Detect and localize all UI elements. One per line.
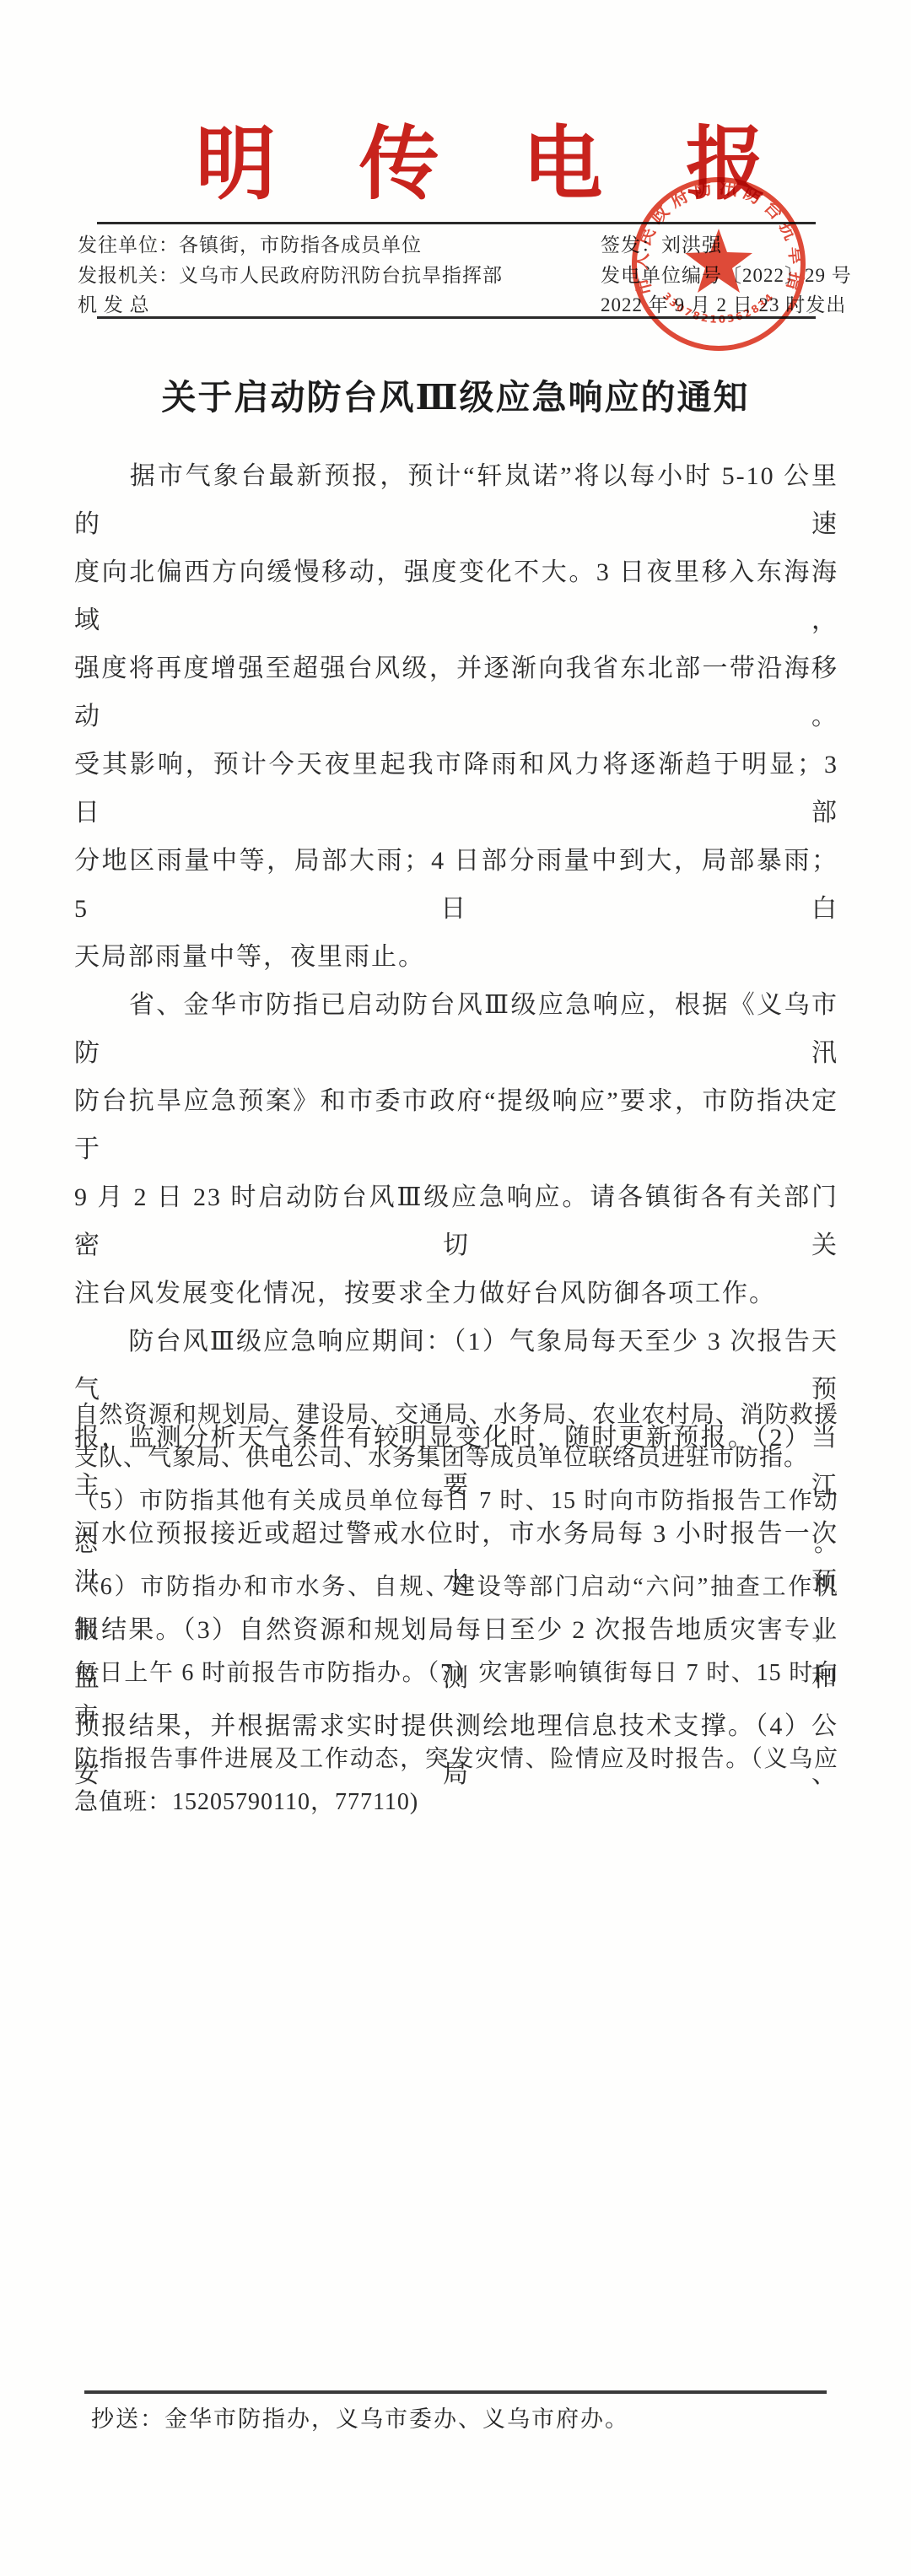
cc-line: 抄送：金华市防指办，义乌市委办、义乌市府办。 bbox=[91, 2401, 629, 2433]
masthead-title-char: 传 bbox=[359, 123, 439, 207]
body-line: 强度将再度增强至超强台风级，并逐渐向我省东北部一带沿海移动。 bbox=[74, 644, 838, 741]
body-line: 自然资源和规划局、建设局、交通局、水务局、农业农村局、消防救援 bbox=[74, 1393, 838, 1436]
body-line: 每日上午 6 时前报告市防指办。（7）灾害影响镇街每日 7 时、15 时向市 bbox=[74, 1652, 838, 1738]
body-line: 省、金华市防指已启动防台风Ⅲ级应急响应，根据《义乌市防汛 bbox=[74, 981, 838, 1077]
official-seal: 义乌市人民政府防汛防台抗旱指挥部 33078210362834 bbox=[624, 169, 818, 363]
footer-rule bbox=[84, 2390, 827, 2394]
body-line: （6）市防指办和市水务、自规、建设等部门启动“六问”抽查工作机制， bbox=[74, 1566, 838, 1652]
masthead-title-char: 电 bbox=[522, 123, 602, 207]
body-line: 急值班：15205790110，777110) bbox=[74, 1781, 838, 1824]
header-field: 发往单位：各镇街，市防指各成员单位 bbox=[78, 230, 503, 261]
seal-code-text: 33078210362834 bbox=[660, 290, 777, 326]
body-line: 分地区雨量中等，局部大雨；4 日部分雨量中到大，局部暴雨；5 日白 bbox=[74, 837, 838, 933]
header-field: 机 发 总 bbox=[78, 290, 503, 321]
body-line: 防台抗旱应急预案》和市委市政府“提级响应”要求，市防指决定于 bbox=[74, 1077, 838, 1173]
header-field: 发报机关：义乌市人民政府防汛防台抗旱指挥部 bbox=[78, 261, 503, 291]
body-line: 支队、气象局、供电公司、水务集团等成员单位联络员进驻市防指。 bbox=[74, 1436, 838, 1479]
body-line: （5）市防指其他有关成员单位每日 7 时、15 时向市防指报告工作动态。 bbox=[74, 1479, 838, 1566]
body-line: 9 月 2 日 23 时启动防台风Ⅲ级应急响应。请各镇街各有关部门密切关 bbox=[74, 1173, 838, 1269]
masthead-title-char: 明 bbox=[196, 123, 276, 207]
header-left-fields: 发往单位：各镇街，市防指各成员单位发报机关：义乌市人民政府防汛防台抗旱指挥部机 … bbox=[78, 230, 503, 321]
body-line: 防指报告事件进展及工作动态，突发灾情、险情应及时报告。（义乌应 bbox=[74, 1738, 838, 1781]
red-star-icon bbox=[685, 229, 752, 293]
body-line: 受其影响，预计今天夜里起我市降雨和风力将逐渐趋于明显；3 日部 bbox=[74, 741, 838, 837]
telegram-document-page: 明传电报 发往单位：各镇街，市防指各成员单位发报机关：义乌市人民政府防汛防台抗旱… bbox=[0, 0, 911, 2576]
document-title: 关于启动防台风Ⅲ级应急响应的通知 bbox=[0, 369, 911, 419]
body-text-block-2: 自然资源和规划局、建设局、交通局、水务局、农业农村局、消防救援支队、气象局、供电… bbox=[74, 1393, 838, 1824]
body-line: 天局部雨量中等，夜里雨止。 bbox=[74, 933, 838, 981]
body-line: 注台风发展变化情况，按要求全力做好台风防御各项工作。 bbox=[74, 1269, 838, 1318]
body-line: 据市气象台最新预报，预计“轩岚诺”将以每小时 5-10 公里的速 bbox=[74, 452, 838, 548]
body-line: 度向北偏西方向缓慢移动，强度变化不大。3 日夜里移入东海海域， bbox=[74, 548, 838, 644]
